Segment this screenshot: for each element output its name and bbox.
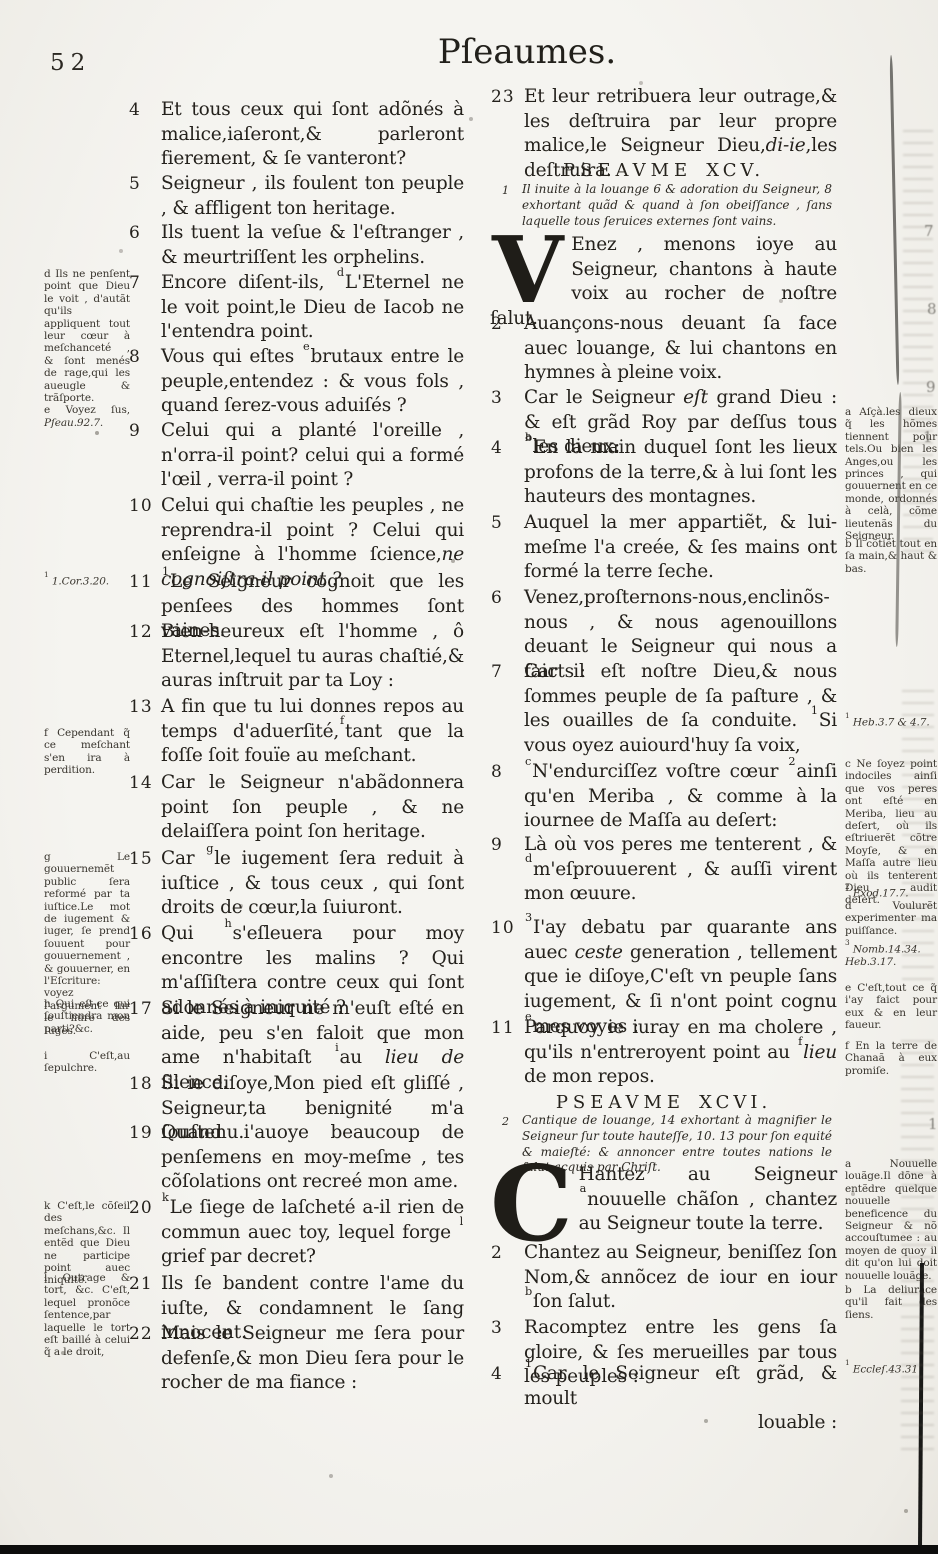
verse-number: 7 xyxy=(491,660,521,685)
verse-number: 6 xyxy=(129,221,159,246)
verse: 2Auançons-nous deuant ſa face auec louan… xyxy=(490,312,837,386)
verse: 9Celui qui a planté l'oreille , n'orra-i… xyxy=(128,419,464,493)
verse-number: 13 xyxy=(129,695,159,720)
margin-note: a Aſçà.les dieux q̃ les hõmes tiennent p… xyxy=(845,406,937,542)
verse: 4Et tous ceux qui ſont adõnés à malice,i… xyxy=(128,98,464,172)
verse-text: Ils tuent la veſue & l'eſtranger , & meu… xyxy=(161,221,464,270)
verse-number: 16 xyxy=(129,922,159,947)
psalm-heading: PSEAVMEXCV. xyxy=(490,160,837,181)
book-page: 52 Pſeaumes. d Ils ne penſent point que … xyxy=(0,0,938,1554)
margin-note: 1 Heb.3.7 & 4.7. xyxy=(845,713,937,729)
argument-number: 1 xyxy=(502,183,509,199)
verse: 4bEn la main duquel ſont les lieux profo… xyxy=(490,436,837,510)
verse-number: 12 xyxy=(129,620,159,645)
verse-number: 5 xyxy=(491,511,521,536)
verse: 9Là où vos peres me tenterent , & dm'eſp… xyxy=(490,833,837,907)
verse-text: Auquel la mer appartiẽt, & lui-meſme l'a… xyxy=(524,511,837,585)
verse-text: Bien-heureux eſt l'homme , ô Eternel,leq… xyxy=(161,620,464,694)
verse: 7Encore diſent-ils, dL'Eternel ne le voi… xyxy=(128,271,464,345)
verse: 5Seigneur , ils foulent ton peuple , & a… xyxy=(128,172,464,221)
verse-text: Car il eſt noſtre Dieu,& nous ſommes peu… xyxy=(524,660,837,759)
verse: 13A fin que tu lui donnes repos au temps… xyxy=(128,695,464,769)
verse-number: 4 xyxy=(491,436,521,461)
verse-number: 7 xyxy=(129,271,159,296)
verse-text: Et tous ceux qui ſont adõnés à malice,ia… xyxy=(161,98,464,172)
drop-cap-initial: C xyxy=(490,1167,573,1241)
verse-number: 8 xyxy=(491,760,521,785)
verse: 22Mais le Seigneur me ſera pour defenſe,… xyxy=(128,1322,464,1396)
verse: 7Car il eſt noſtre Dieu,& nous ſommes pe… xyxy=(490,660,837,759)
verse-number: 17 xyxy=(129,997,159,1022)
bleedthrough-verse-number: 7 xyxy=(924,222,934,240)
verse: 20kLe ſiege de laſcheté a-il rien de com… xyxy=(128,1196,464,1270)
verse-text: bEn la main duquel ſont les lieux profon… xyxy=(524,436,837,510)
verse-text: Car le Seigneur n'abãdonnera point ſon p… xyxy=(161,771,464,845)
verse-text: Mais le Seigneur me ſera pour defenſe,& … xyxy=(161,1322,464,1396)
verse-text: Quand i'auoye beaucoup de penſemens en m… xyxy=(161,1121,464,1195)
right-text-column: 23Et leur retribuera leur outrage,& les … xyxy=(490,0,837,1554)
verse: 41Car le Seigneur eſt grãd, & moultlouab… xyxy=(490,1362,837,1436)
verse-number: 22 xyxy=(129,1322,159,1347)
verse: 2Chantez au Seigneur, beniſſez ſon Nom,&… xyxy=(490,1241,837,1315)
verse-text: Là où vos peres me tenterent , & dm'eſpr… xyxy=(524,833,837,907)
drop-cap-initial: V xyxy=(492,237,563,303)
left-text-column: 4Et tous ceux qui ſont adõnés à malice,i… xyxy=(128,0,464,1554)
margin-note: b La deliurãce qu'il fait des ſiens. xyxy=(845,1284,937,1321)
bleedthrough-verse-number: 8 xyxy=(927,300,937,318)
verse: 8Vous qui eſtes ebrutaux entre le peuple… xyxy=(128,345,464,419)
verse-text: Auançons-nous deuant ſa face auec louang… xyxy=(524,312,837,386)
verse-number: 3 xyxy=(491,1316,521,1341)
verse-text: kLe ſiege de laſcheté a-il rien de commu… xyxy=(161,1196,464,1270)
verse-number: 10 xyxy=(129,494,159,519)
verse-number: 9 xyxy=(129,419,159,444)
verse-number: 14 xyxy=(129,771,159,796)
margin-note: f En la terre de Chanaã à eux promiſe. xyxy=(845,1040,937,1077)
verse-number: 20 xyxy=(129,1196,159,1221)
left-margin-notes: d Ils ne penſent point que Dieu le voit … xyxy=(44,0,130,1554)
margin-note: l Outrage & tort, &c. C'eſt, lequel pron… xyxy=(44,1272,130,1359)
verse-number: 11 xyxy=(129,570,159,595)
verse-number: 4 xyxy=(491,1362,521,1387)
verse: 14Car le Seigneur n'abãdonnera point ſon… xyxy=(128,771,464,845)
bleedthrough-verse-number: 1 xyxy=(923,428,933,446)
margin-note: 3 Nomb.14.34.Heb.3.17. xyxy=(845,940,937,968)
verse-number: 8 xyxy=(129,345,159,370)
margin-note: e C'eſt,tout ce q̃ i'ay faict pour eux &… xyxy=(845,982,937,1032)
verse-number: 5 xyxy=(129,172,159,197)
verse-text: Encore diſent-ils, dL'Eternel ne le voit… xyxy=(161,271,464,345)
margin-note: d Ils ne penſent point que Dieu le voit … xyxy=(44,268,130,429)
verse: 15Car gle iugement ſera reduit à iuſtice… xyxy=(128,847,464,921)
verse-text: Car gle iugement ſera reduit à iuſtice ,… xyxy=(161,847,464,921)
ink-speck xyxy=(0,0,2,2)
verse-text: cN'endurciſſez voſtre cœur 2ainſi qu'en … xyxy=(524,760,837,834)
verse-number: 9 xyxy=(491,833,521,858)
psalm-heading-word: PSEAVME xyxy=(556,1092,685,1113)
verse-text: Chantez au Seigneur, beniſſez ſon Nom,& … xyxy=(524,1241,837,1315)
verse-number: 18 xyxy=(129,1072,159,1097)
verse-number: 4 xyxy=(129,98,159,123)
verse: 5Auquel la mer appartiẽt, & lui-meſme l'… xyxy=(490,511,837,585)
psalm-heading-word: PSEAVME xyxy=(563,160,692,181)
verse: CHantez au Seigneur anouuelle chãſon , c… xyxy=(490,1163,837,1241)
verse-text: A fin que tu lui donnes repos au temps d… xyxy=(161,695,464,769)
verse-text: Seigneur , ils foulent ton peuple , & af… xyxy=(161,172,464,221)
psalm-heading-number: XCV. xyxy=(706,160,764,181)
verse-text: Celui qui a planté l'oreille , n'orra-il… xyxy=(161,419,464,493)
margin-note: i C'eſt,au ſepulchre. xyxy=(44,1050,130,1075)
verse: 12Bien-heureux eſt l'homme , ô Eternel,l… xyxy=(128,620,464,694)
argument-text: Il inuite à la louange 6 & adoration du … xyxy=(522,182,832,228)
verse: 8cN'endurciſſez voſtre cœur 2ainſi qu'en… xyxy=(490,760,837,834)
verse-number: 2 xyxy=(491,312,521,337)
margin-note: d Voulurẽt experimenter ma puiſſance. xyxy=(845,900,937,937)
verse-number: 2 xyxy=(491,1241,521,1266)
verse-text: Parquoy ie iuray en ma cholere , qu'ils … xyxy=(524,1016,837,1090)
verse-number: 21 xyxy=(129,1272,159,1297)
verse-number: 10 xyxy=(491,916,521,941)
verse-number: 19 xyxy=(129,1121,159,1146)
margin-note: a Nouuelle louãge.Il dõne à entẽdre quel… xyxy=(845,1158,937,1282)
verse: 11Parquoy ie iuray en ma cholere , qu'il… xyxy=(490,1016,837,1090)
psalm-heading: PSEAVMEXCVI. xyxy=(490,1092,837,1113)
bleedthrough-verse-number: 9 xyxy=(926,378,936,396)
verse-number: 6 xyxy=(491,586,521,611)
bleedthrough-verse-number: 1 xyxy=(928,1115,938,1133)
margin-note: f Cependant q̃ ce meſchant s'en ira à pe… xyxy=(44,727,130,777)
margin-note: 2 Exod.17.7. xyxy=(845,884,937,900)
margin-note: b Il cõtiẽt tout en ſa main,& haut & bas… xyxy=(845,538,937,575)
margin-note: 1 Eccleſ.43.31 xyxy=(845,1360,937,1376)
verse-text: Vous qui eſtes ebrutaux entre le peuple,… xyxy=(161,345,464,419)
verse-number: 23 xyxy=(491,85,521,110)
verse-number: 3 xyxy=(491,386,521,411)
verse: 6Ils tuent la veſue & l'eſtranger , & me… xyxy=(128,221,464,270)
verse: 19Quand i'auoye beaucoup de penſemens en… xyxy=(128,1121,464,1195)
margin-note: h Qui eſt-ce qui ſouſtiendra mon parti?&… xyxy=(44,998,130,1035)
argument-number: 2 xyxy=(502,1114,509,1130)
psalm-heading-number: XCVI. xyxy=(699,1092,771,1113)
margin-note: 1 1.Cor.3.20. xyxy=(44,572,130,588)
verse-text: 1Car le Seigneur eſt grãd, & moultlouabl… xyxy=(524,1362,837,1436)
verse-number: 15 xyxy=(129,847,159,872)
verse-number: 11 xyxy=(491,1016,521,1041)
